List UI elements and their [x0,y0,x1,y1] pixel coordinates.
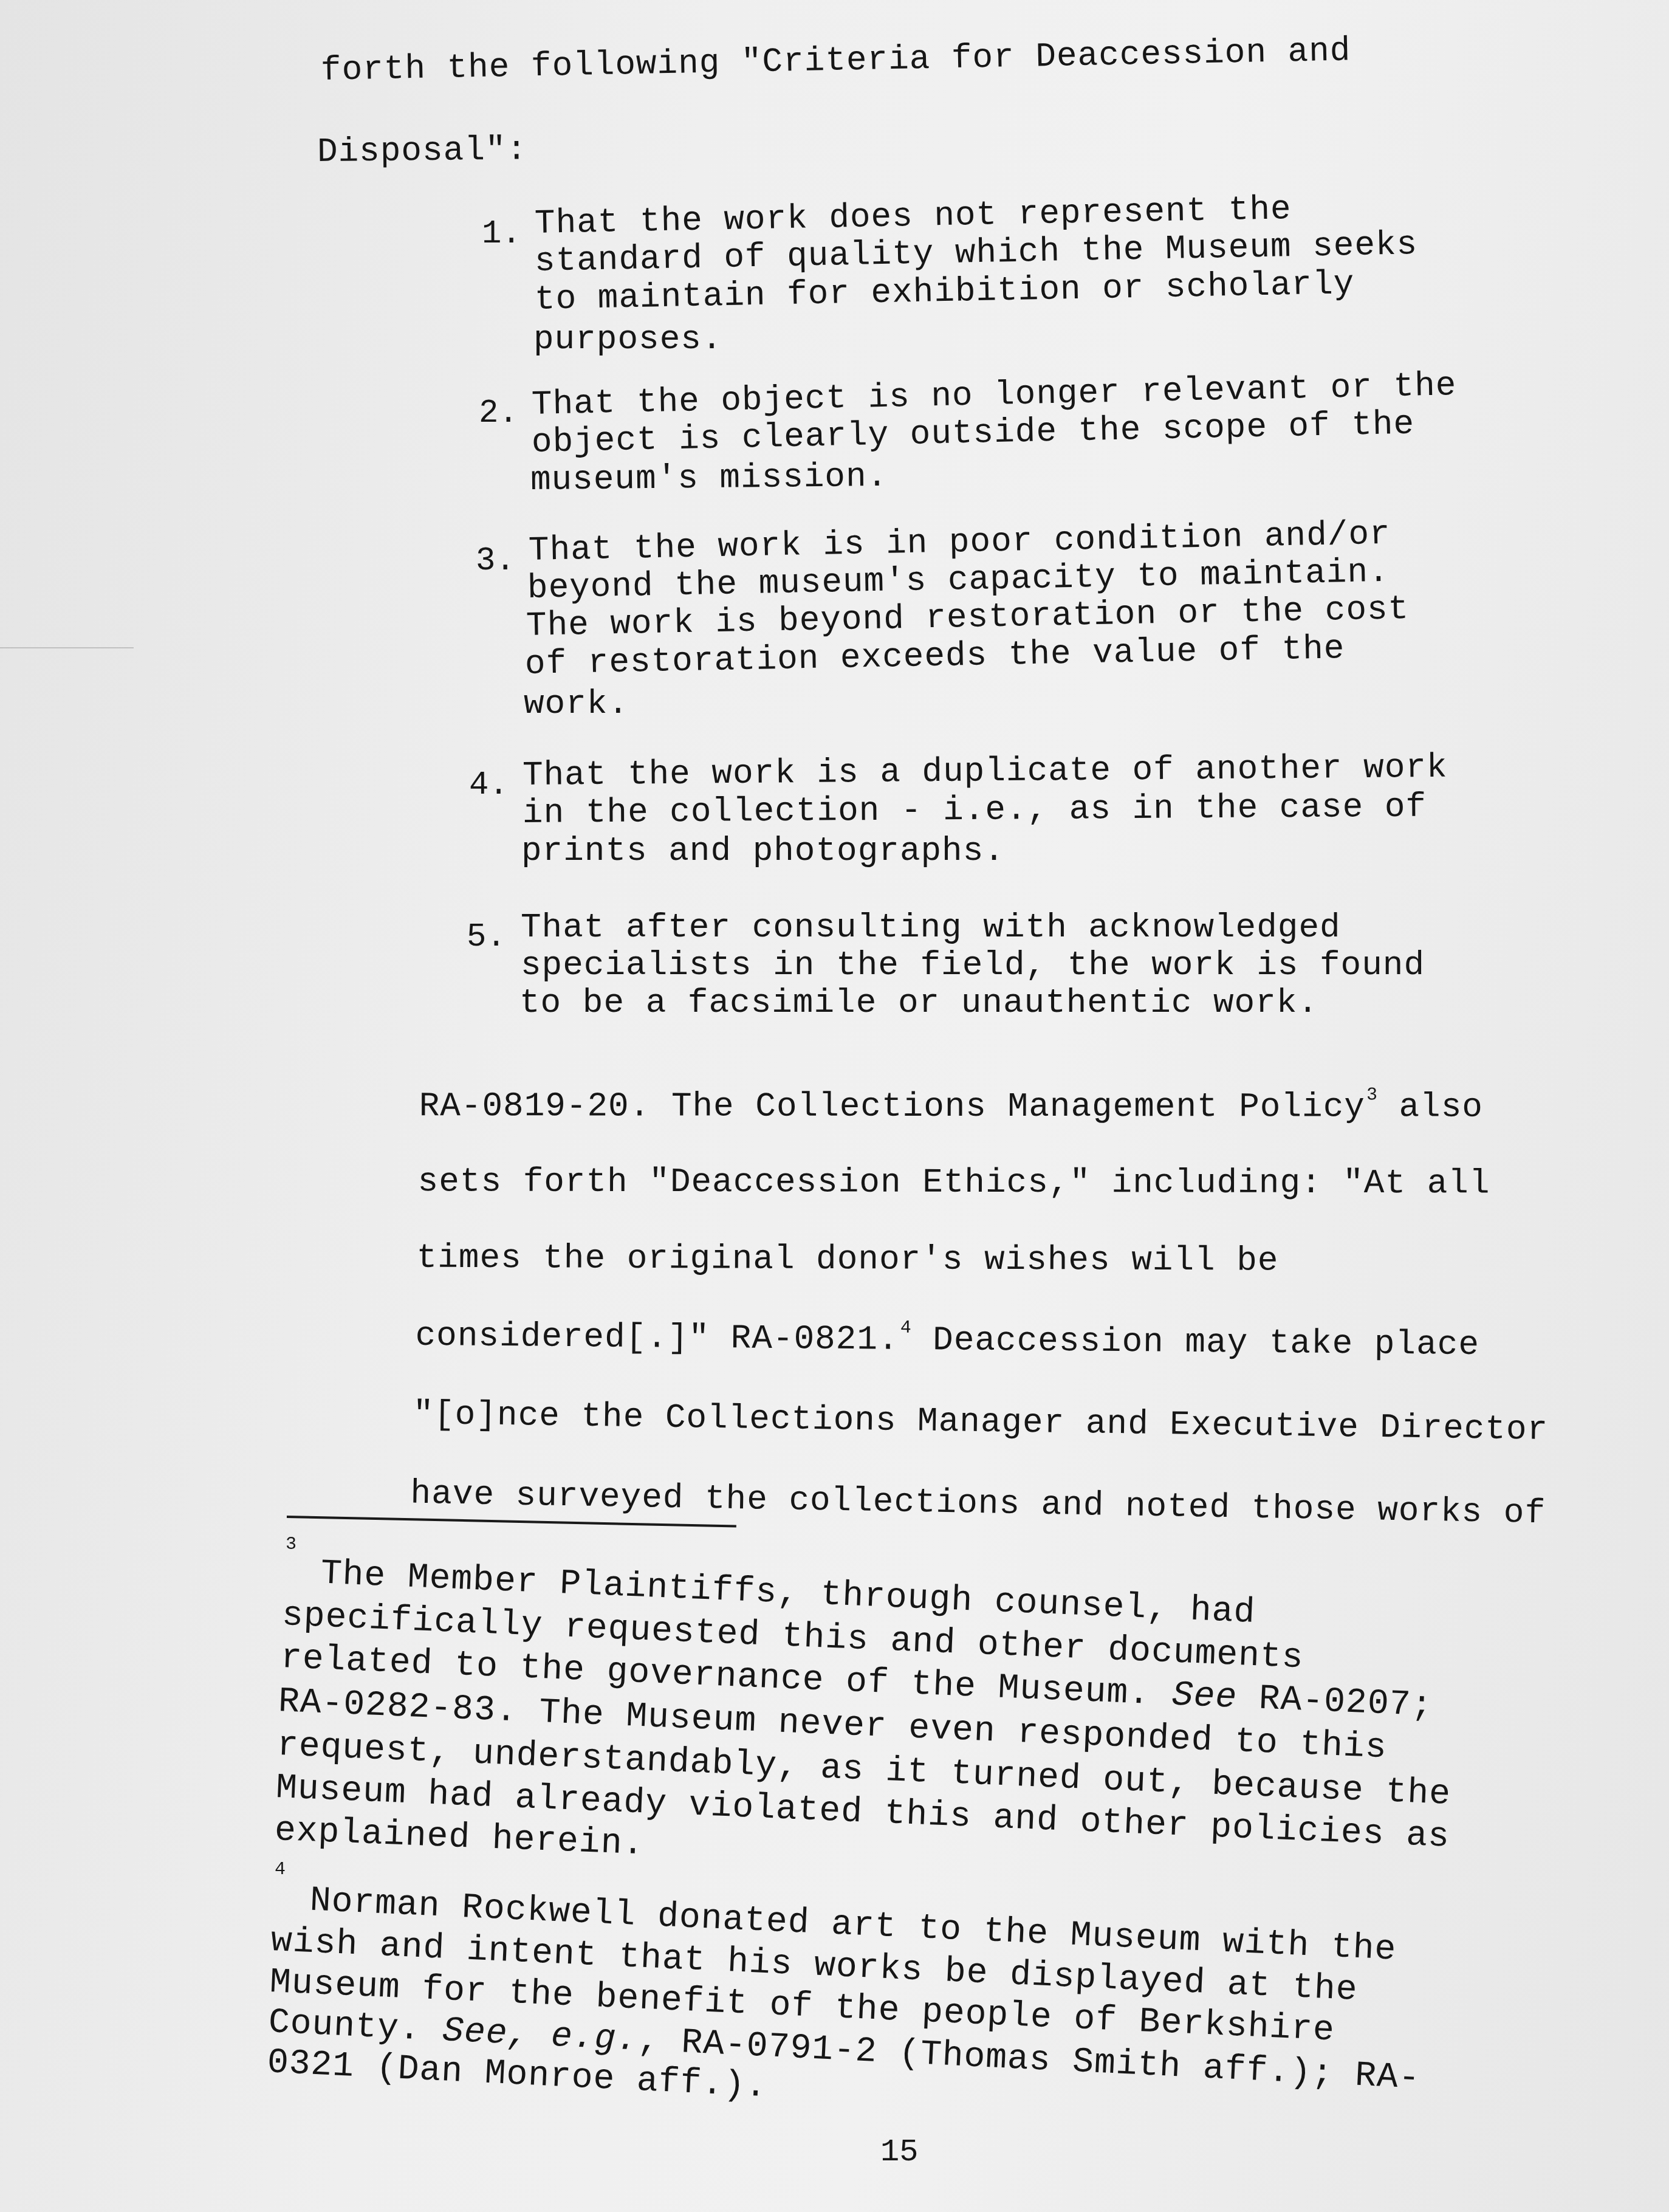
body-text: considered[.]" RA-0821. [415,1316,899,1359]
item-line: That after consulting with acknowledged [521,910,1341,944]
item-line: specialists in the field, the work is fo… [521,948,1425,982]
intro-line-2: Disposal": [317,132,528,169]
item-number: 1. [482,216,521,253]
item-line: to be a facsimile or unauthentic work. [519,986,1318,1020]
citation-signal: See [1171,1676,1238,1718]
item-number: 2. [479,395,518,432]
body-text: "[o]nce the Collections Manager and Exec… [413,1395,1548,1449]
footnote-marker: 4 [275,1860,286,1880]
item-number: 4. [469,767,509,804]
body-text: sets forth "Deaccession Ethics," includi… [418,1162,1490,1203]
item-line: That the work is a duplicate of another … [523,750,1448,792]
footnote-ref-3[interactable]: 3 [1366,1085,1378,1106]
item-number: 5. [467,919,506,956]
item-line: work. [524,687,629,721]
body-text: RA-0819-20. The Collections Management P… [419,1087,1365,1126]
body-text: Deaccession may take place [911,1321,1479,1364]
footnote-marker: 3 [286,1534,296,1555]
footnote-ref-4[interactable]: 4 [900,1318,912,1339]
item-number: 3. [476,543,515,580]
body-text: times the original donor's wishes will b… [417,1238,1279,1280]
page-number: 15 [880,2134,918,2170]
body-line: have surveyed the collections and noted … [284,1440,1547,1564]
document-page: forth the following "Criteria for Deacce… [0,0,1669,2212]
item-line: prints and photographs. [521,834,1005,868]
item-line: museum's mission. [530,459,888,497]
intro-line-1: forth the following "Criteria for Deacce… [320,33,1351,88]
item-line: in the collection - i.e., as in the case… [523,790,1427,830]
margin-mark [0,647,134,648]
body-text: also [1378,1088,1483,1127]
item-line: purposes. [533,322,722,356]
